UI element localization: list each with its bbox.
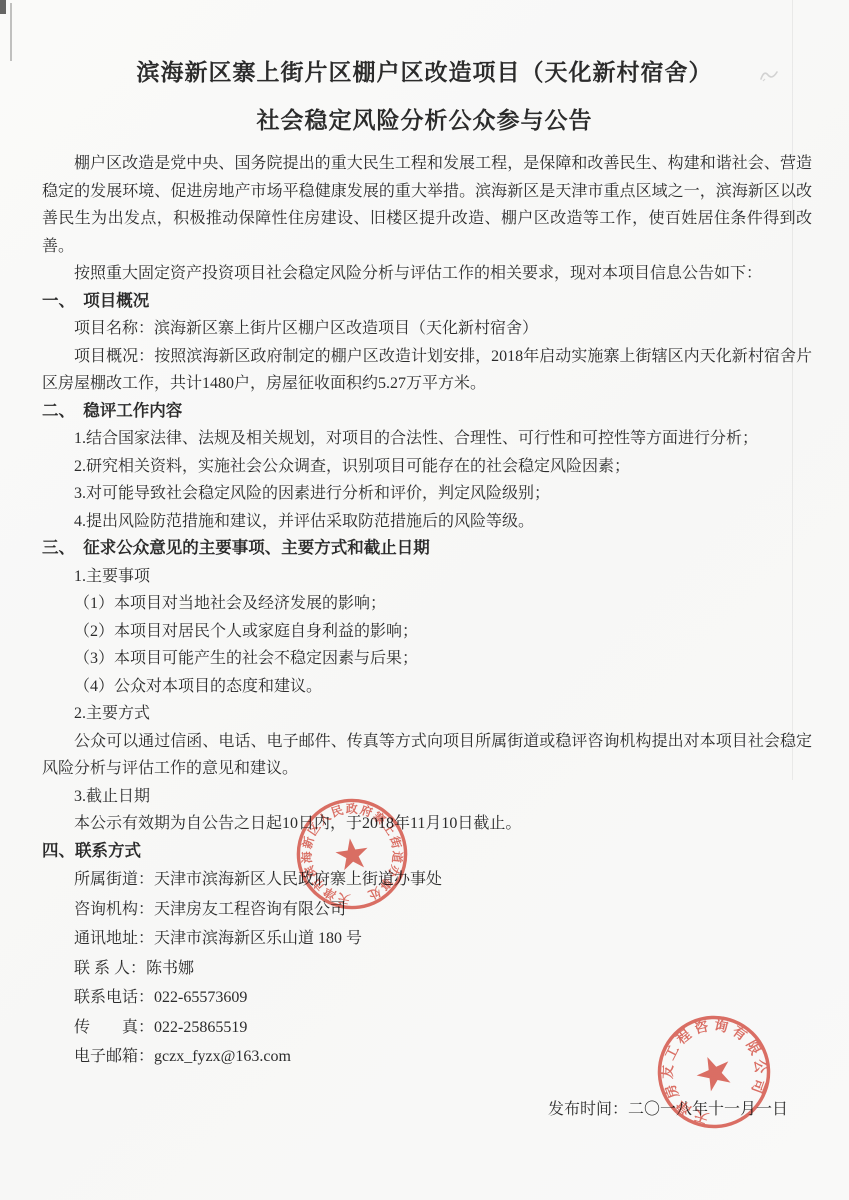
contact-value: 天津房友工程咨询有限公司 bbox=[154, 901, 346, 918]
pen-scribble-icon bbox=[757, 66, 781, 89]
contact-value: 陈书娜 bbox=[146, 960, 194, 977]
contact-label: 电子邮箱： bbox=[74, 1048, 154, 1065]
section-1-paragraph: 项目概况：按照滨海新区政府制定的棚户区改造计划安排，2018年启动实施寨上街辖区… bbox=[42, 343, 812, 398]
contact-value: 022-65573609 bbox=[154, 989, 247, 1006]
publish-date: 发布时间：二〇一八年十一月一日 bbox=[42, 1098, 788, 1122]
section-heading-2: 二、 稳评工作内容 bbox=[42, 398, 812, 426]
section-3-item: 2.主要方式 bbox=[42, 700, 812, 728]
contact-value: 天津市滨海新区人民政府寨上街道办事处 bbox=[154, 871, 442, 888]
scan-edge-line-artifact bbox=[10, 3, 12, 61]
document-header: 滨海新区寨上街片区棚户区改造项目（天化新村宿舍） 社会稳定风险分析公众参与公告 bbox=[0, 0, 849, 138]
contact-label: 联系电话： bbox=[74, 989, 154, 1006]
document-title-line2: 社会稳定风险分析公众参与公告 bbox=[0, 104, 849, 138]
intro-paragraph: 按照重大固定资产投资项目社会稳定风险分析与评估工作的相关要求，现对本项目信息公告… bbox=[42, 260, 812, 288]
document-body: 棚户区改造是党中央、国务院提出的重大民生工程和发展工程，是保障和改善民生、构建和… bbox=[0, 146, 849, 1122]
contact-value: 022-25865519 bbox=[154, 1019, 247, 1036]
scanned-announcement-page: 滨海新区寨上街片区棚户区改造项目（天化新村宿舍） 社会稳定风险分析公众参与公告 … bbox=[0, 0, 849, 1200]
section-heading-3: 三、 征求公众意见的主要事项、主要方式和截止日期 bbox=[42, 535, 812, 563]
contact-row-person: 联 系 人：陈书娜 bbox=[42, 954, 812, 984]
scan-fold-line-artifact bbox=[792, 0, 793, 780]
contact-row-street: 所属街道：天津市滨海新区人民政府寨上街道办事处 bbox=[42, 865, 812, 895]
contact-value: gczx_fyzx@163.com bbox=[154, 1048, 291, 1065]
section-3-item: 3.截止日期 bbox=[42, 783, 812, 811]
section-heading-4: 四、联系方式 bbox=[42, 838, 812, 866]
section-3-item: （3）本项目可能产生的社会不稳定因素与后果； bbox=[42, 645, 812, 673]
section-3-item: 公众可以通过信函、电话、电子邮件、传真等方式向项目所属街道或稳评咨询机构提出对本… bbox=[42, 728, 812, 783]
contact-row-fax: 传 真：022-25865519 bbox=[42, 1013, 812, 1043]
scan-corner-artifact bbox=[0, 0, 6, 14]
section-3-item: （2）本项目对居民个人或家庭自身利益的影响； bbox=[42, 618, 812, 646]
contact-row-phone: 联系电话：022-65573609 bbox=[42, 983, 812, 1013]
document-title-line1: 滨海新区寨上街片区棚户区改造项目（天化新村宿舍） bbox=[0, 56, 849, 90]
section-3-item: （4）公众对本项目的态度和建议。 bbox=[42, 673, 812, 701]
section-2-item: 2.研究相关资料，实施社会公众调查，识别项目可能存在的社会稳定风险因素； bbox=[42, 453, 812, 481]
contact-value: 天津市滨海新区乐山道 180 号 bbox=[154, 930, 362, 947]
section-3-item: 1.主要事项 bbox=[42, 563, 812, 591]
contact-label: 所属街道： bbox=[74, 871, 154, 888]
section-2-item: 1.结合国家法律、法规及相关规划，对项目的合法性、合理性、可行性和可控性等方面进… bbox=[42, 425, 812, 453]
contact-row-email: 电子邮箱：gczx_fyzx@163.com bbox=[42, 1042, 812, 1072]
contact-row-address: 通讯地址：天津市滨海新区乐山道 180 号 bbox=[42, 924, 812, 954]
section-heading-1: 一、 项目概况 bbox=[42, 288, 812, 316]
section-2-item: 3.对可能导致社会稳定风险的因素进行分析和评价，判定风险级别； bbox=[42, 480, 812, 508]
contact-label: 咨询机构： bbox=[74, 901, 154, 918]
section-2-item: 4.提出风险防范措施和建议，并评估采取防范措施后的风险等级。 bbox=[42, 508, 812, 536]
intro-paragraph: 棚户区改造是党中央、国务院提出的重大民生工程和发展工程，是保障和改善民生、构建和… bbox=[42, 150, 812, 260]
contact-label: 通讯地址： bbox=[74, 930, 154, 947]
section-3-item: 本公示有效期为自公告之日起10日内，于2018年11月10日截止。 bbox=[42, 810, 812, 838]
contact-label: 联 系 人： bbox=[74, 960, 146, 977]
section-3-item: （1）本项目对当地社会及经济发展的影响； bbox=[42, 590, 812, 618]
contact-label: 传 真： bbox=[74, 1019, 154, 1036]
section-1-paragraph: 项目名称：滨海新区寨上街片区棚户区改造项目（天化新村宿舍） bbox=[42, 315, 812, 343]
contact-row-agency: 咨询机构：天津房友工程咨询有限公司 bbox=[42, 895, 812, 925]
